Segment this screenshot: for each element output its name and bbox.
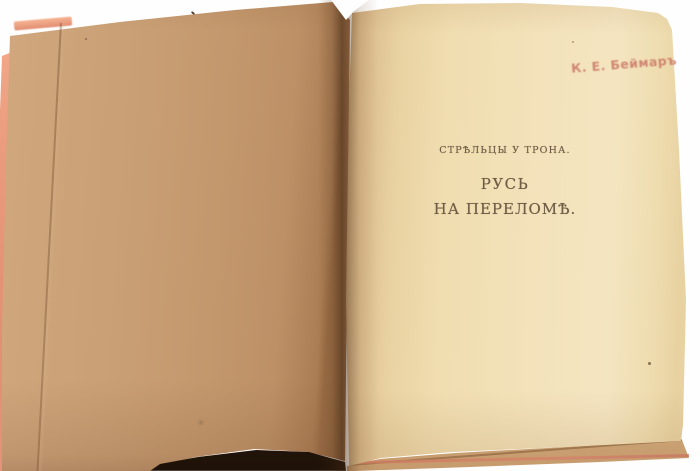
paper-speck [572, 41, 574, 43]
main-title: РУСЬ [415, 175, 595, 193]
paper-speck [85, 38, 87, 40]
subtitle: НА ПЕРЕЛОМѢ. [415, 200, 595, 218]
book-photo: К. Е. Беймаръ СТРѢЛЬЦЫ У ТРОНА. РУСЬ НА … [0, 0, 700, 471]
paper-speck [648, 362, 651, 365]
series-title: СТРѢЛЬЦЫ У ТРОНА. [415, 145, 595, 156]
title-block: СТРѢЛЬЦЫ У ТРОНА. РУСЬ НА ПЕРЕЛОМѢ. [415, 145, 595, 218]
paper-smudge [199, 420, 203, 425]
